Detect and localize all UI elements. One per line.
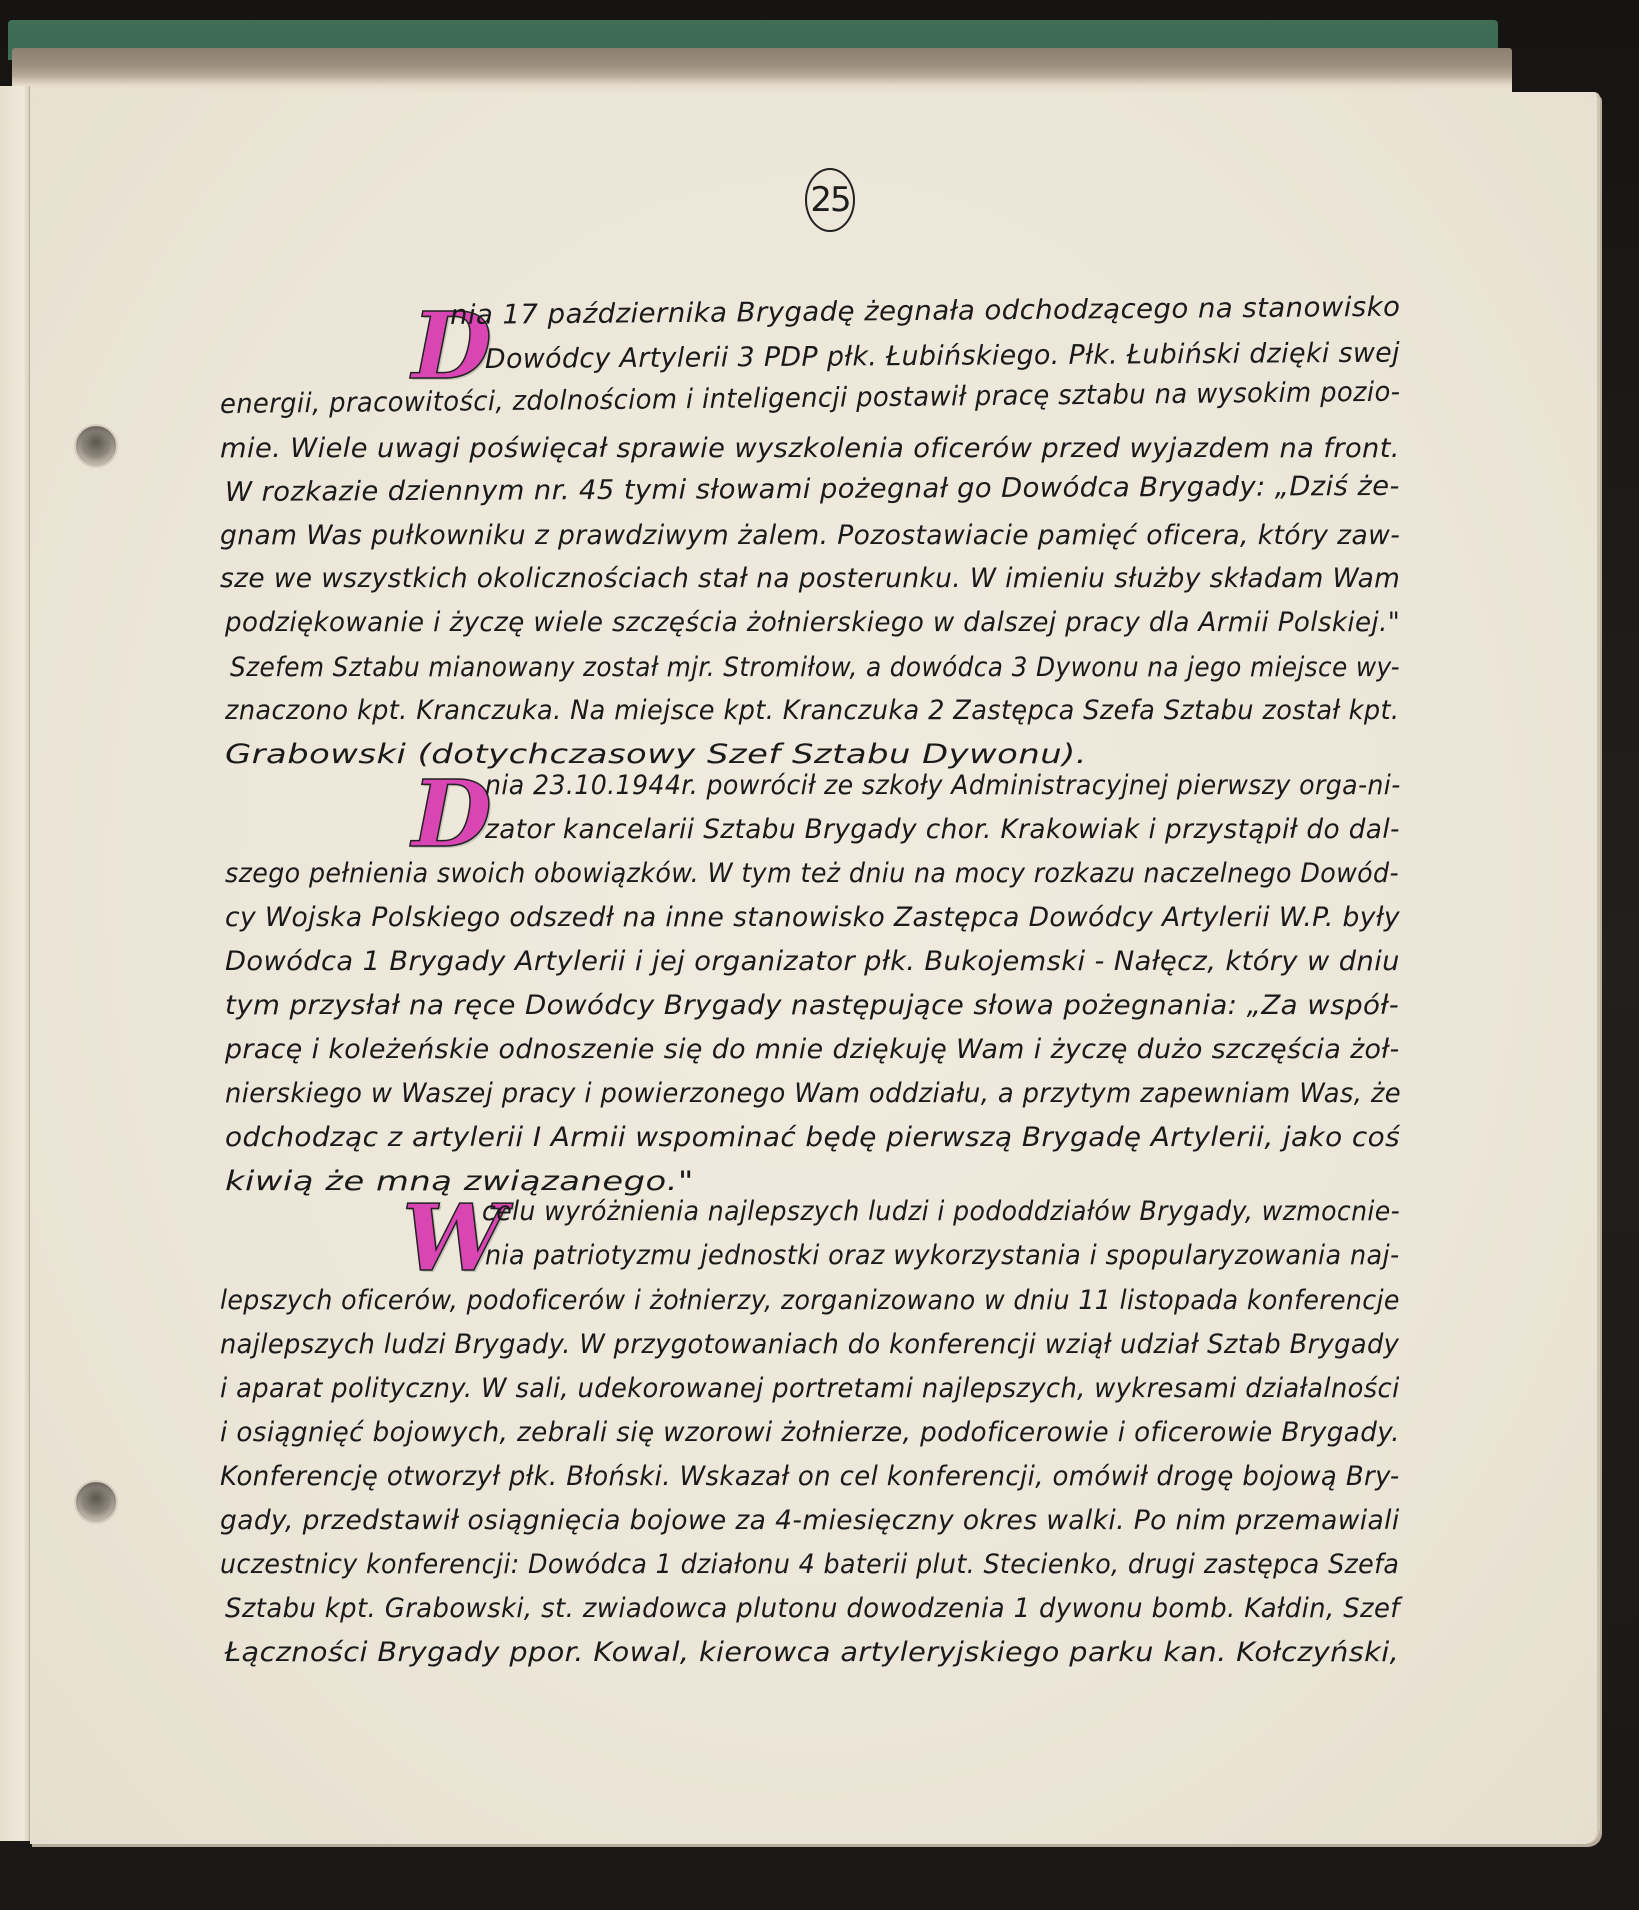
text-line: gady, przedstawił osiągnięcia bojowe za … (220, 1505, 1400, 1536)
page-number: 25 (805, 168, 855, 232)
text-line: podziękowanie i życzę wiele szczęścia żo… (225, 607, 1400, 638)
text-line: celu wyróżnienia najlepszych ludzi i pod… (482, 1196, 1400, 1227)
page-number-text: 25 (810, 180, 849, 220)
text-line: nierskiego w Waszej pracy i powierzonego… (225, 1078, 1401, 1109)
text-line: Grabowski (dotychczasowy Szef Sztabu Dyw… (225, 739, 1087, 770)
page-stack-edge (12, 48, 1512, 98)
text-line: i osiągnięć bojowych, zebrali się wzorow… (220, 1417, 1400, 1448)
text-line: Dowódca 1 Brygady Artylerii i jej organi… (225, 946, 1400, 977)
text-line: tym przysłał na ręce Dowódcy Brygady nas… (225, 990, 1399, 1021)
text-line: Łączności Brygady ppor. Kowal, kierowca … (225, 1637, 1399, 1668)
decorative-initial-d-2: D (412, 768, 492, 860)
text-line: i aparat polityczny. W sali, udekorowane… (220, 1373, 1400, 1404)
text-line: Konferencję otworzył płk. Błoński. Wskaz… (220, 1461, 1400, 1492)
text-line: nia patriotyzmu jednostki oraz wykorzyst… (485, 1240, 1400, 1271)
text-line: odchodząc z artylerii I Armii wspominać … (225, 1122, 1400, 1153)
punch-hole-bottom (74, 1480, 118, 1524)
text-line: cy Wojska Polskiego odszedł na inne stan… (225, 902, 1400, 933)
text-line: pracę i koleżeńskie odnoszenie się do mn… (225, 1034, 1400, 1065)
text-line: najlepszych ludzi Brygady. W przygotowan… (220, 1329, 1399, 1360)
binding-strip (0, 86, 30, 1841)
text-line: znaczono kpt. Kranczuka. Na miejsce kpt.… (225, 695, 1399, 726)
text-line: Sztabu kpt. Grabowski, st. zwiadowca plu… (225, 1593, 1400, 1624)
text-line: szego pełnienia swoich obowiązków. W tym… (225, 858, 1399, 889)
text-line: zator kancelarii Sztabu Brygady chor. Kr… (485, 814, 1400, 845)
text-line: W rozkazie dziennym nr. 45 tymi słowami … (225, 471, 1400, 508)
text-line: Dowódcy Artylerii 3 PDP płk. Łubińskiego… (485, 338, 1400, 375)
text-line: uczestnicy konferencji: Dowódca 1 działo… (220, 1549, 1399, 1580)
text-line: sze we wszystkich okolicznościach stał n… (220, 563, 1400, 594)
text-line: Szefem Sztabu mianowany został mjr. Stro… (230, 652, 1400, 683)
punch-hole-top (74, 424, 118, 468)
text-line: nia 23.10.1944r. powrócił ze szkoły Admi… (485, 770, 1401, 801)
text-line: gnam Was pułkowniku z prawdziwym żalem. … (220, 520, 1400, 551)
text-line: lepszych oficerów, podoficerów i żołnier… (220, 1285, 1400, 1316)
text-line: mie. Wiele uwagi poświęcał sprawie wyszk… (220, 433, 1400, 464)
